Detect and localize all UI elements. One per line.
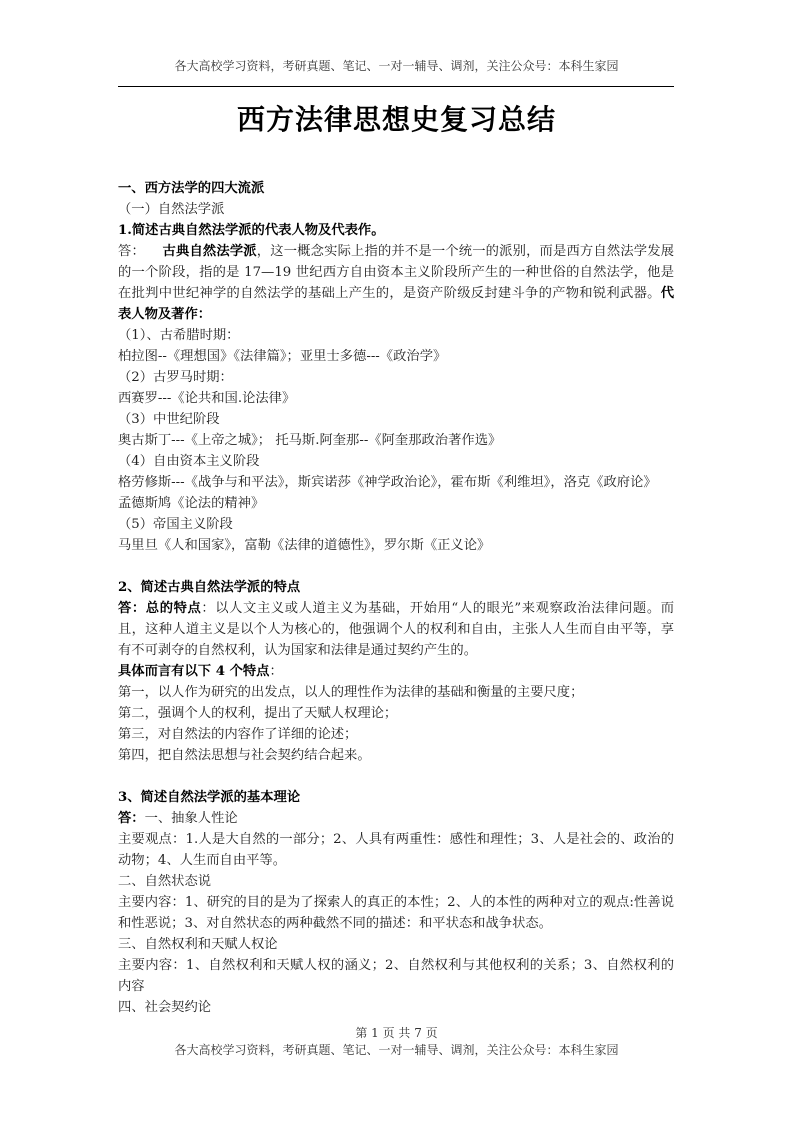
answer-1-paragraph: 答： 古典自然法学派，这一概念实际上指的并不是一个统一的派别，而是西方自然法学发… <box>118 241 674 325</box>
feature-point: 第三，对自然法的内容作了详细的论述； <box>118 724 674 745</box>
theory-item-title: 答：一、抽象人性论 <box>118 808 674 829</box>
period-label: （4）自由资本主义阶段 <box>118 451 674 472</box>
answer-prefix: 答： <box>118 601 146 616</box>
general-features-text: ：以人文主义或人道主义为基础，开始用“人的眼光”来观察政治法律问题。而且，这种人… <box>118 601 674 658</box>
colon: ： <box>269 664 282 679</box>
document-title: 西方法律思想史复习总结 <box>0 98 793 138</box>
feature-point: 第二，强调个人的权利，提出了天赋人权理论； <box>118 703 674 724</box>
period-label: （2）古罗马时期： <box>118 367 674 388</box>
feature-point: 第四，把自然法思想与社会契约结合起来。 <box>118 745 674 766</box>
answer-bold-term: 古典自然法学派 <box>163 244 257 259</box>
question-1: 1.简述古典自然法学派的代表人物及代表作。 <box>118 220 674 241</box>
spacer <box>118 556 674 577</box>
theory-item-title: 二、自然状态说 <box>118 871 674 892</box>
page-number: 第 1 页 共 7 页 <box>0 1024 793 1041</box>
specific-features-label: 具体而言有以下 4 个特点 <box>118 664 269 679</box>
theory-item-content: 主要内容：1、研究的目的是为了探索人的真正的本性；2、人的本性的两种对立的观点:… <box>118 892 674 934</box>
header-divider <box>118 86 674 87</box>
period-works: 孟德斯鸠《论法的精神》 <box>118 493 674 514</box>
theory-item-content: 主要内容：1、自然权利和天赋人权的涵义；2、自然权利与其他权利的关系；3、自然权… <box>118 955 674 997</box>
question-2: 2、简述古典自然法学派的特点 <box>118 577 674 598</box>
general-features-label: 总的特点 <box>146 601 202 616</box>
theory-item-title: 三、自然权利和天赋人权论 <box>118 934 674 955</box>
answer-2-paragraph: 答：总的特点：以人文主义或人道主义为基础，开始用“人的眼光”来观察政治法律问题。… <box>118 598 674 661</box>
specific-features-heading: 具体而言有以下 4 个特点： <box>118 661 674 682</box>
page-header-text: 各大高校学习资料，考研真题、笔记、一对一辅导、调剂，关注公众号：本科生家园 <box>0 57 793 74</box>
page-footer-text: 各大高校学习资料，考研真题、笔记、一对一辅导、调剂，关注公众号：本科生家园 <box>0 1041 793 1058</box>
period-label: （3）中世纪阶段 <box>118 409 674 430</box>
feature-point: 第一，以人作为研究的出发点，以人的理性作为法律的基础和衡量的主要尺度； <box>118 682 674 703</box>
subsection-heading: （一）自然法学派 <box>118 199 674 220</box>
document-body: 一、西方法学的四大流派 （一）自然法学派 1.简述古典自然法学派的代表人物及代表… <box>118 178 674 1018</box>
section-heading: 一、西方法学的四大流派 <box>118 178 674 199</box>
period-works: 奥古斯丁---《上帝之城》； 托马斯.阿奎那--《阿奎那政治著作选》 <box>118 430 674 451</box>
period-works: 柏拉图--《理想国》《法律篇》；亚里士多德---《政治学》 <box>118 346 674 367</box>
period-works: 格劳修斯---《战争与和平法》，斯宾诺莎《神学政治论》，霍布斯《利维坦》，洛克《… <box>118 472 674 493</box>
theory-title: 一、抽象人性论 <box>145 811 238 826</box>
answer-prefix: 答： <box>118 811 145 826</box>
theory-item-title: 四、社会契约论 <box>118 997 674 1018</box>
period-label: （1）、古希腊时期： <box>118 325 674 346</box>
answer-prefix: 答： <box>118 244 145 259</box>
theory-item-content: 主要观点：1.人是大自然的一部分；2、人具有两重性：感性和理性；3、人是社会的、… <box>118 829 674 871</box>
period-label: （5）帝国主义阶段 <box>118 514 674 535</box>
period-works: 马里旦《人和国家》，富勒《法律的道德性》，罗尔斯《正义论》 <box>118 535 674 556</box>
spacer <box>118 766 674 787</box>
question-3: 3、简述自然法学派的基本理论 <box>118 787 674 808</box>
period-works: 西赛罗---《论共和国.论法律》 <box>118 388 674 409</box>
